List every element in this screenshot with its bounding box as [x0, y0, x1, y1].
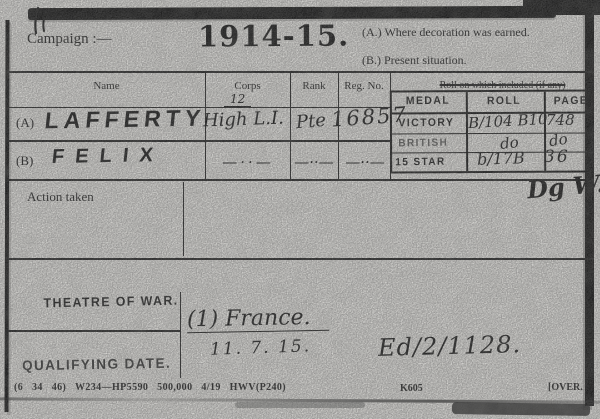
qualifying-date-label: QUALIFYING DATE.	[22, 355, 171, 374]
row-a-prefix: (A)	[16, 115, 34, 131]
clerk-initials: Dg W.	[526, 169, 600, 205]
footer-serial: K605	[400, 383, 423, 394]
footer-print-code: (6 34 46) W234—HP5590 500,000 4/19 HWV(P…	[14, 382, 286, 393]
corps-ditto-mark: —··—	[212, 153, 284, 171]
corps-value: High L.I.	[203, 108, 284, 132]
rank-ditto-mark: —··—	[292, 153, 336, 171]
note-present-situation: (B.) Present situation.	[362, 53, 467, 68]
theatre-label-line	[8, 330, 180, 332]
row-b-prefix: (B)	[16, 153, 33, 169]
star-roll-value: b/17B	[477, 148, 525, 169]
column-header-rank: Rank	[290, 80, 338, 92]
note-where-earned: (A.) Where decoration was earned.	[362, 25, 530, 40]
over-label: [OVER.	[548, 382, 583, 393]
star-page-value: 36	[544, 147, 570, 167]
reference-number: Ed/2/1128.	[378, 330, 522, 362]
row-b-line	[8, 179, 594, 181]
row-a-line	[8, 140, 390, 142]
roll-section-label: Roll on which included (if any)	[415, 80, 590, 91]
regno-ditto-mark: —··—	[340, 153, 390, 171]
right-edge-border	[585, 8, 594, 406]
theatre-of-war-label: THEATRE OF WAR.	[43, 293, 178, 311]
left-edge-border	[4, 20, 9, 412]
pen-mark-icon	[30, 6, 52, 36]
card-title: 1914-15.	[198, 18, 349, 53]
medal-index-card: Campaign :— 1914-15. (A.) Where decorati…	[0, 0, 600, 419]
bottom-right-ink-smudge	[452, 402, 590, 416]
theatre-entry: (1) France.	[187, 305, 329, 333]
action-section-line	[8, 258, 594, 260]
victory-page-value: 748	[546, 111, 575, 129]
rank-value: Pte	[295, 110, 327, 134]
corps-battalion-value: 12	[224, 92, 251, 107]
column-header-corps: Corps	[205, 80, 290, 92]
table-top-line	[8, 71, 594, 73]
theatre-date: 11. 7. 15.	[210, 336, 312, 360]
column-header-name: Name	[8, 80, 205, 92]
action-divider	[183, 182, 184, 256]
bottom-center-smudge	[235, 402, 365, 408]
medal-name-british: BRITISH	[398, 137, 448, 150]
medal-name-15star: 15 STAR	[395, 156, 445, 169]
action-taken-label: Action taken	[27, 189, 94, 205]
column-header-regno: Reg. No.	[338, 80, 390, 92]
forename-value: FELIX	[51, 144, 165, 169]
surname-value: LAFFERTY	[43, 105, 206, 135]
page-col-header: PAGE	[545, 95, 596, 108]
theatre-divider	[180, 292, 181, 378]
roll-col-header: ROLL	[468, 94, 540, 107]
